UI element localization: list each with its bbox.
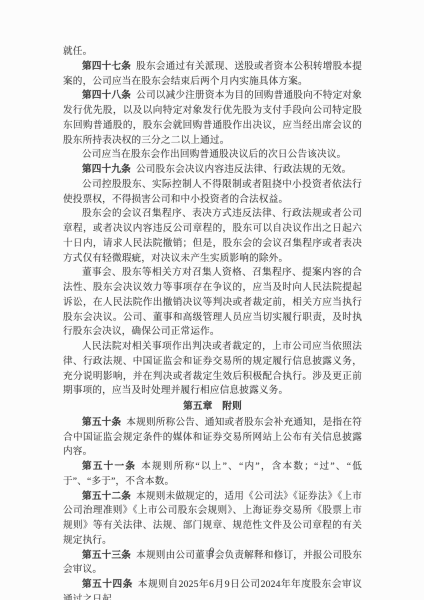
- article-52-number: 第五十二条: [82, 491, 131, 502]
- article-49-paragraph-4: 董事会、股东等相关方对召集人资格、召集程序、提案内容的合法性、股东会决议效力等事…: [63, 266, 362, 340]
- article-49-paragraph-5: 人民法院对相关事项作出判决或者裁定的，上市公司应当依照法律、行政法规、中国证监会…: [63, 340, 362, 399]
- article-49-number: 第四十九条: [82, 164, 131, 175]
- article-54-number: 第五十四条: [82, 579, 133, 590]
- document-page: 就任。 第四十七条股东会通过有关派现、送股或者资本公积转增股本提案的，公司应当在…: [0, 0, 424, 600]
- article-49: 第四十九条公司股东会决议内容违反法律、行政法规的无效。: [63, 163, 362, 178]
- chapter-heading: 第五章 附则: [63, 400, 362, 415]
- article-49-paragraph-2: 公司控股股东、实际控制人不得限制或者阻挠中小投资者依法行使投票权，不得损害公司和…: [63, 178, 362, 208]
- paragraph-continuation: 就任。: [63, 45, 362, 60]
- article-50: 第五十条本规则所称公告、通知或者股东会补充通知，是指在符合中国证监会规定条件的媒…: [63, 416, 362, 460]
- article-47: 第四十七条股东会通过有关派现、送股或者资本公积转增股本提案的，公司应当在股东会结…: [63, 60, 362, 90]
- article-49-text: 公司股东会决议内容违反法律、行政法规的无效。: [136, 164, 351, 175]
- article-54: 第五十四条本规则自2025年6月9日公司2024年年度股东会审议通过之日起: [63, 578, 362, 600]
- article-48: 第四十八条公司以减少注册资本为目的回购普通股向不特定对象发行优先股，以及以向特定…: [63, 89, 362, 148]
- article-47-number: 第四十七条: [82, 61, 131, 72]
- article-52: 第五十二条本规则未做规定的，适用《公司法》《证券法》《上市公司治理准则》《上市公…: [63, 490, 362, 549]
- article-48-paragraph-2: 公司应当在股东会作出回购普通股决议后的次日公告该决议。: [63, 148, 362, 163]
- article-51-number: 第五十一条: [82, 461, 136, 472]
- article-49-paragraph-3: 股东会的会议召集程序、表决方式违反法律、行政法规或者公司章程，或者决议内容违反公…: [63, 207, 362, 266]
- article-51: 第五十一条本规则所称“以上”、“内”，含本数；“过”、“低于”、“多于”，不含本…: [63, 460, 362, 490]
- article-48-number: 第四十八条: [82, 90, 131, 101]
- article-50-number: 第五十条: [82, 417, 121, 428]
- document-body: 就任。 第四十七条股东会通过有关派现、送股或者资本公积转增股本提案的，公司应当在…: [63, 45, 362, 600]
- page-number: 9: [0, 546, 424, 556]
